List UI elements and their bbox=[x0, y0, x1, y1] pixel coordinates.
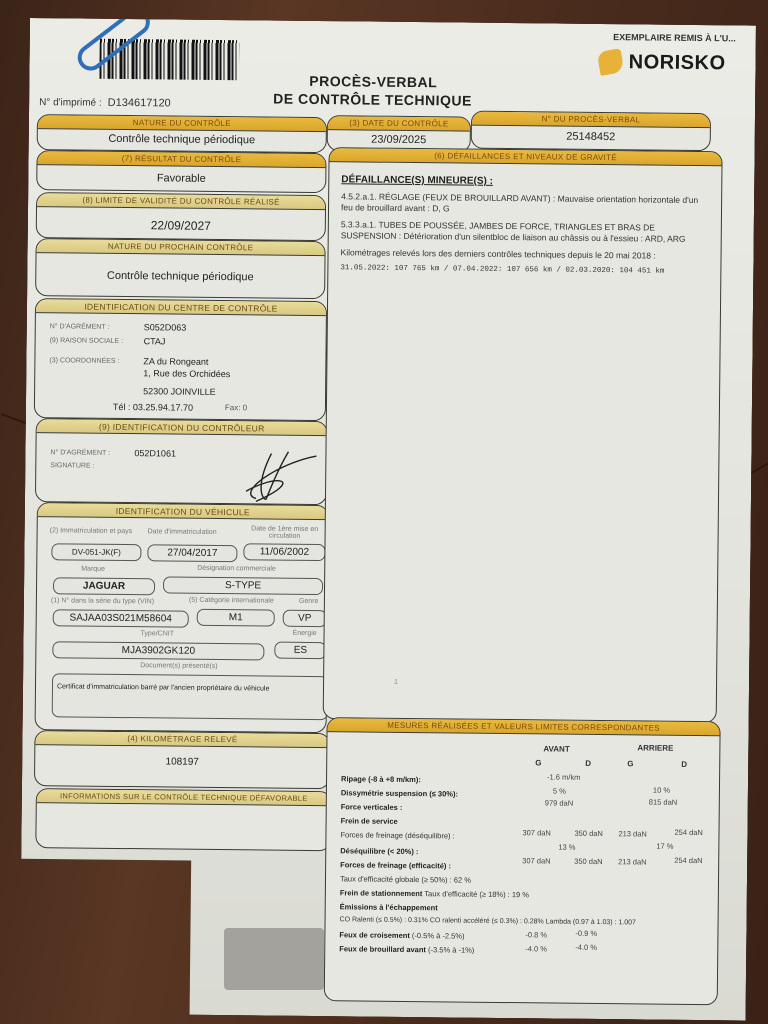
km-history-values: 31.05.2022: 107 765 km / 07.04.2022: 107… bbox=[340, 264, 708, 276]
force-deseq-ard: 254 daN bbox=[674, 828, 702, 837]
section-header: IDENTIFICATION DU VÉHICULE bbox=[38, 503, 328, 520]
first-circ-value: 11/06/2002 bbox=[243, 543, 325, 561]
brouillard-g: -4.0 % bbox=[525, 944, 547, 953]
stray-mark: 1 bbox=[394, 679, 398, 686]
genre-value: VP bbox=[283, 610, 327, 627]
energie-label: Énergie bbox=[293, 630, 317, 637]
forces-deseq-label: Forces de freinage (déséquilibre) : bbox=[340, 830, 454, 840]
phone: Tél : 03.25.94.17.70 bbox=[113, 402, 193, 413]
arriere-header: ARRIERE bbox=[637, 743, 673, 752]
type-label: Type/CNIT bbox=[141, 630, 175, 637]
imprime-number: N° d'imprimé :D134617120 bbox=[39, 96, 171, 109]
controleur-box: (9) IDENTIFICATION DU CONTRÔLEUR N° D'AG… bbox=[35, 418, 328, 505]
date-immat-value: 27/04/2017 bbox=[147, 544, 237, 562]
defaillances-box: (6) DÉFAILLANCES ET NIVEAUX DE GRAVITÉ D… bbox=[323, 147, 723, 723]
force-verticale-arriere: 815 daN bbox=[649, 798, 677, 807]
frein-service-label: Frein de service bbox=[341, 816, 398, 826]
section-header: INFORMATIONS SUR LE CONTRÔLE TECHNIQUE D… bbox=[37, 789, 331, 806]
genre-label: Genre bbox=[299, 598, 319, 605]
hologram-sticker bbox=[224, 928, 324, 990]
dissymetrie-avant: 5 % bbox=[553, 787, 566, 796]
first-circ-label: Date de 1ère mise en circulation bbox=[250, 525, 320, 540]
km-history-label: Kilométrages relevés lors des derniers c… bbox=[341, 247, 709, 262]
marque-label: Marque bbox=[81, 566, 105, 573]
resultat-box: (7) RÉSULTAT DU CONTRÔLE Favorable bbox=[36, 150, 326, 193]
imprime-label: N° d'imprimé : bbox=[39, 97, 102, 109]
deseq-arriere: 17 % bbox=[656, 842, 673, 851]
force-eff-avg: 307 daN bbox=[522, 856, 550, 865]
defaillance-title: DÉFAILLANCE(S) MINEURE(S) : bbox=[341, 174, 709, 189]
proces-verbal-document: EXEMPLAIRE REMIS À L'U... NORISKO PROCÈS… bbox=[20, 18, 756, 1021]
type-value: MJA3902GK120 bbox=[52, 641, 264, 660]
document-title-line1: PROCÈS-VERBAL bbox=[309, 73, 437, 90]
energie-value: ES bbox=[274, 642, 326, 660]
forces-eff-label: Forces de freinage (efficacité) : bbox=[340, 860, 451, 870]
ripage-label: Ripage (-8 à +8 m/km): bbox=[341, 774, 421, 784]
force-eff-ard: 254 daN bbox=[674, 856, 702, 865]
immat-value: DV-051-JK(F) bbox=[51, 543, 141, 561]
defaillance-item: 4.5.2.a.1. RÉGLAGE (FEUX DE BROUILLARD A… bbox=[341, 191, 709, 217]
nature-controle-box: NATURE DU CONTRÔLE Contrôle technique pé… bbox=[37, 114, 327, 153]
taux-global: Taux d'efficacité globale (≥ 50%) : 62 % bbox=[340, 874, 471, 884]
date-immat-label: Date d'immatriculation bbox=[148, 528, 217, 536]
agrement-label: N° D'AGRÉMENT : bbox=[50, 323, 110, 331]
croisement-label: Feux de croisement bbox=[339, 930, 410, 940]
emissions-values: CO Ralenti (≤ 0.5%) : 0.31% CO ralenti a… bbox=[340, 916, 636, 926]
prochain-controle-box: NATURE DU PROCHAIN CONTRÔLE Contrôle tec… bbox=[35, 238, 326, 299]
pv-value: 25148452 bbox=[472, 126, 710, 144]
documents-value: Certificat d'immatriculation barré par l… bbox=[52, 673, 328, 720]
controleur-agrement-value: 052D1061 bbox=[134, 448, 176, 458]
coord-label: (3) COORDONNÉES : bbox=[49, 357, 119, 365]
designation-label: Désignation commerciale bbox=[197, 565, 276, 573]
croisement-limit: (-0.5% à -2.5%) bbox=[412, 931, 465, 941]
marque-value: JAGUAR bbox=[53, 577, 155, 595]
categorie-label: (5) Catégorie internationale bbox=[189, 597, 274, 605]
croisement-d: -0.9 % bbox=[575, 929, 597, 938]
address-city: 52300 JOINVILLE bbox=[143, 386, 216, 397]
vin-value: SAJAA03S021M58604 bbox=[53, 609, 189, 627]
kilometrage-box: (4) KILOMÉTRAGE RELEVÉ 108197 bbox=[34, 730, 331, 789]
brouillard-limit: (-3.5% à -1%) bbox=[428, 945, 474, 954]
dissymetrie-arriere: 10 % bbox=[653, 786, 670, 795]
defaillances-content: DÉFAILLANCE(S) MINEURE(S) : 4.5.2.a.1. R… bbox=[328, 162, 721, 276]
nature-value: Contrôle technique périodique bbox=[38, 129, 326, 147]
force-eff-avd: 350 daN bbox=[574, 857, 602, 866]
vehicule-box: IDENTIFICATION DU VÉHICULE (2) Immatricu… bbox=[35, 502, 329, 733]
stationnement-value: Taux d'efficacité (≥ 18%) : 19 % bbox=[424, 889, 529, 899]
brouillard-label: Feux de brouillard avant bbox=[339, 944, 426, 954]
defaillance-item: 5.3.3.a.1. TUBES DE POUSSÉE, JAMBES DE F… bbox=[341, 219, 709, 245]
signature-icon bbox=[216, 443, 327, 504]
ripage-value: -1.6 m/km bbox=[547, 772, 580, 781]
pv-number-box: N° DU PROCÈS-VERBAL 25148452 bbox=[471, 111, 711, 152]
fax: Fax: 0 bbox=[225, 403, 247, 412]
agrement-value: S052D063 bbox=[144, 322, 187, 332]
avant-header: AVANT bbox=[543, 744, 569, 753]
prochain-value: Contrôle technique périodique bbox=[36, 253, 324, 284]
vin-label: (1) N° dans la série du type (VIN) bbox=[51, 597, 154, 605]
force-verticale-avant: 979 daN bbox=[545, 798, 573, 807]
resultat-value: Favorable bbox=[37, 165, 325, 186]
brouillard-d: -4.0 % bbox=[575, 943, 597, 952]
force-deseq-arg: 213 daN bbox=[618, 829, 646, 838]
section-header: MESURES RÉALISÉES ET VALEURS LIMITES COR… bbox=[328, 718, 720, 736]
croisement-g: -0.8 % bbox=[525, 930, 547, 939]
address-line2: 1, Rue des Orchidées bbox=[143, 368, 230, 379]
copy-label: EXEMPLAIRE REMIS À L'U... bbox=[613, 32, 736, 43]
brand-name: NORISKO bbox=[629, 51, 726, 75]
categorie-value: M1 bbox=[197, 609, 275, 627]
force-verticale-label: Force verticales : bbox=[341, 802, 403, 812]
validite-box: (8) LIMITE DE VALIDITÉ DU CONTRÔLE RÉALI… bbox=[36, 192, 326, 241]
controleur-agrement-label: N° D'AGRÉMENT : bbox=[50, 449, 110, 457]
force-deseq-avd: 350 daN bbox=[574, 829, 602, 838]
deseq-avant: 13 % bbox=[558, 843, 575, 852]
norisko-logo: NORISKO bbox=[599, 50, 726, 75]
imprime-value: D134617120 bbox=[108, 97, 171, 110]
emissions-label: Émissions à l'échappement bbox=[340, 902, 438, 912]
section-header: IDENTIFICATION DU CENTRE DE CONTRÔLE bbox=[36, 299, 326, 316]
force-deseq-avg: 307 daN bbox=[522, 828, 550, 837]
documents-label: Document(s) présenté(s) bbox=[140, 662, 217, 670]
eagle-icon bbox=[597, 48, 625, 76]
section-header: (3) DATE DU CONTRÔLE bbox=[328, 116, 470, 131]
designation-value: S-TYPE bbox=[163, 576, 323, 595]
avant-d-header: D bbox=[585, 759, 591, 768]
document-title-line2: DE CONTRÔLE TECHNIQUE bbox=[273, 91, 472, 109]
stationnement-label: Frein de stationnement bbox=[340, 888, 423, 898]
mesures-box: MESURES RÉALISÉES ET VALEURS LIMITES COR… bbox=[324, 717, 721, 1005]
immat-label: (2) Immatriculation et pays bbox=[50, 527, 133, 535]
defavorable-box: INFORMATIONS SUR LE CONTRÔLE TECHNIQUE D… bbox=[35, 788, 332, 851]
arriere-d-header: D bbox=[681, 760, 687, 769]
avant-g-header: G bbox=[535, 758, 541, 767]
raison-value: CTAJ bbox=[144, 336, 166, 346]
section-header: (9) IDENTIFICATION DU CONTRÔLEUR bbox=[37, 419, 327, 436]
centre-controle-box: IDENTIFICATION DU CENTRE DE CONTRÔLE N° … bbox=[34, 298, 327, 421]
date-value: 23/09/2025 bbox=[328, 130, 470, 146]
arriere-g-header: G bbox=[627, 759, 633, 768]
dissymetrie-label: Dissymétrie suspension (≤ 30%): bbox=[341, 788, 458, 798]
deseq-label: Déséquilibre (< 20%) : bbox=[340, 846, 418, 856]
signature-label: SIGNATURE : bbox=[50, 462, 94, 469]
validite-value: 22/09/2027 bbox=[37, 207, 325, 234]
address-line1: ZA du Rongeant bbox=[143, 356, 208, 367]
kilometrage-value: 108197 bbox=[35, 745, 329, 769]
force-eff-arg: 213 daN bbox=[618, 857, 646, 866]
raison-label: (9) RAISON SOCIALE : bbox=[50, 337, 124, 345]
